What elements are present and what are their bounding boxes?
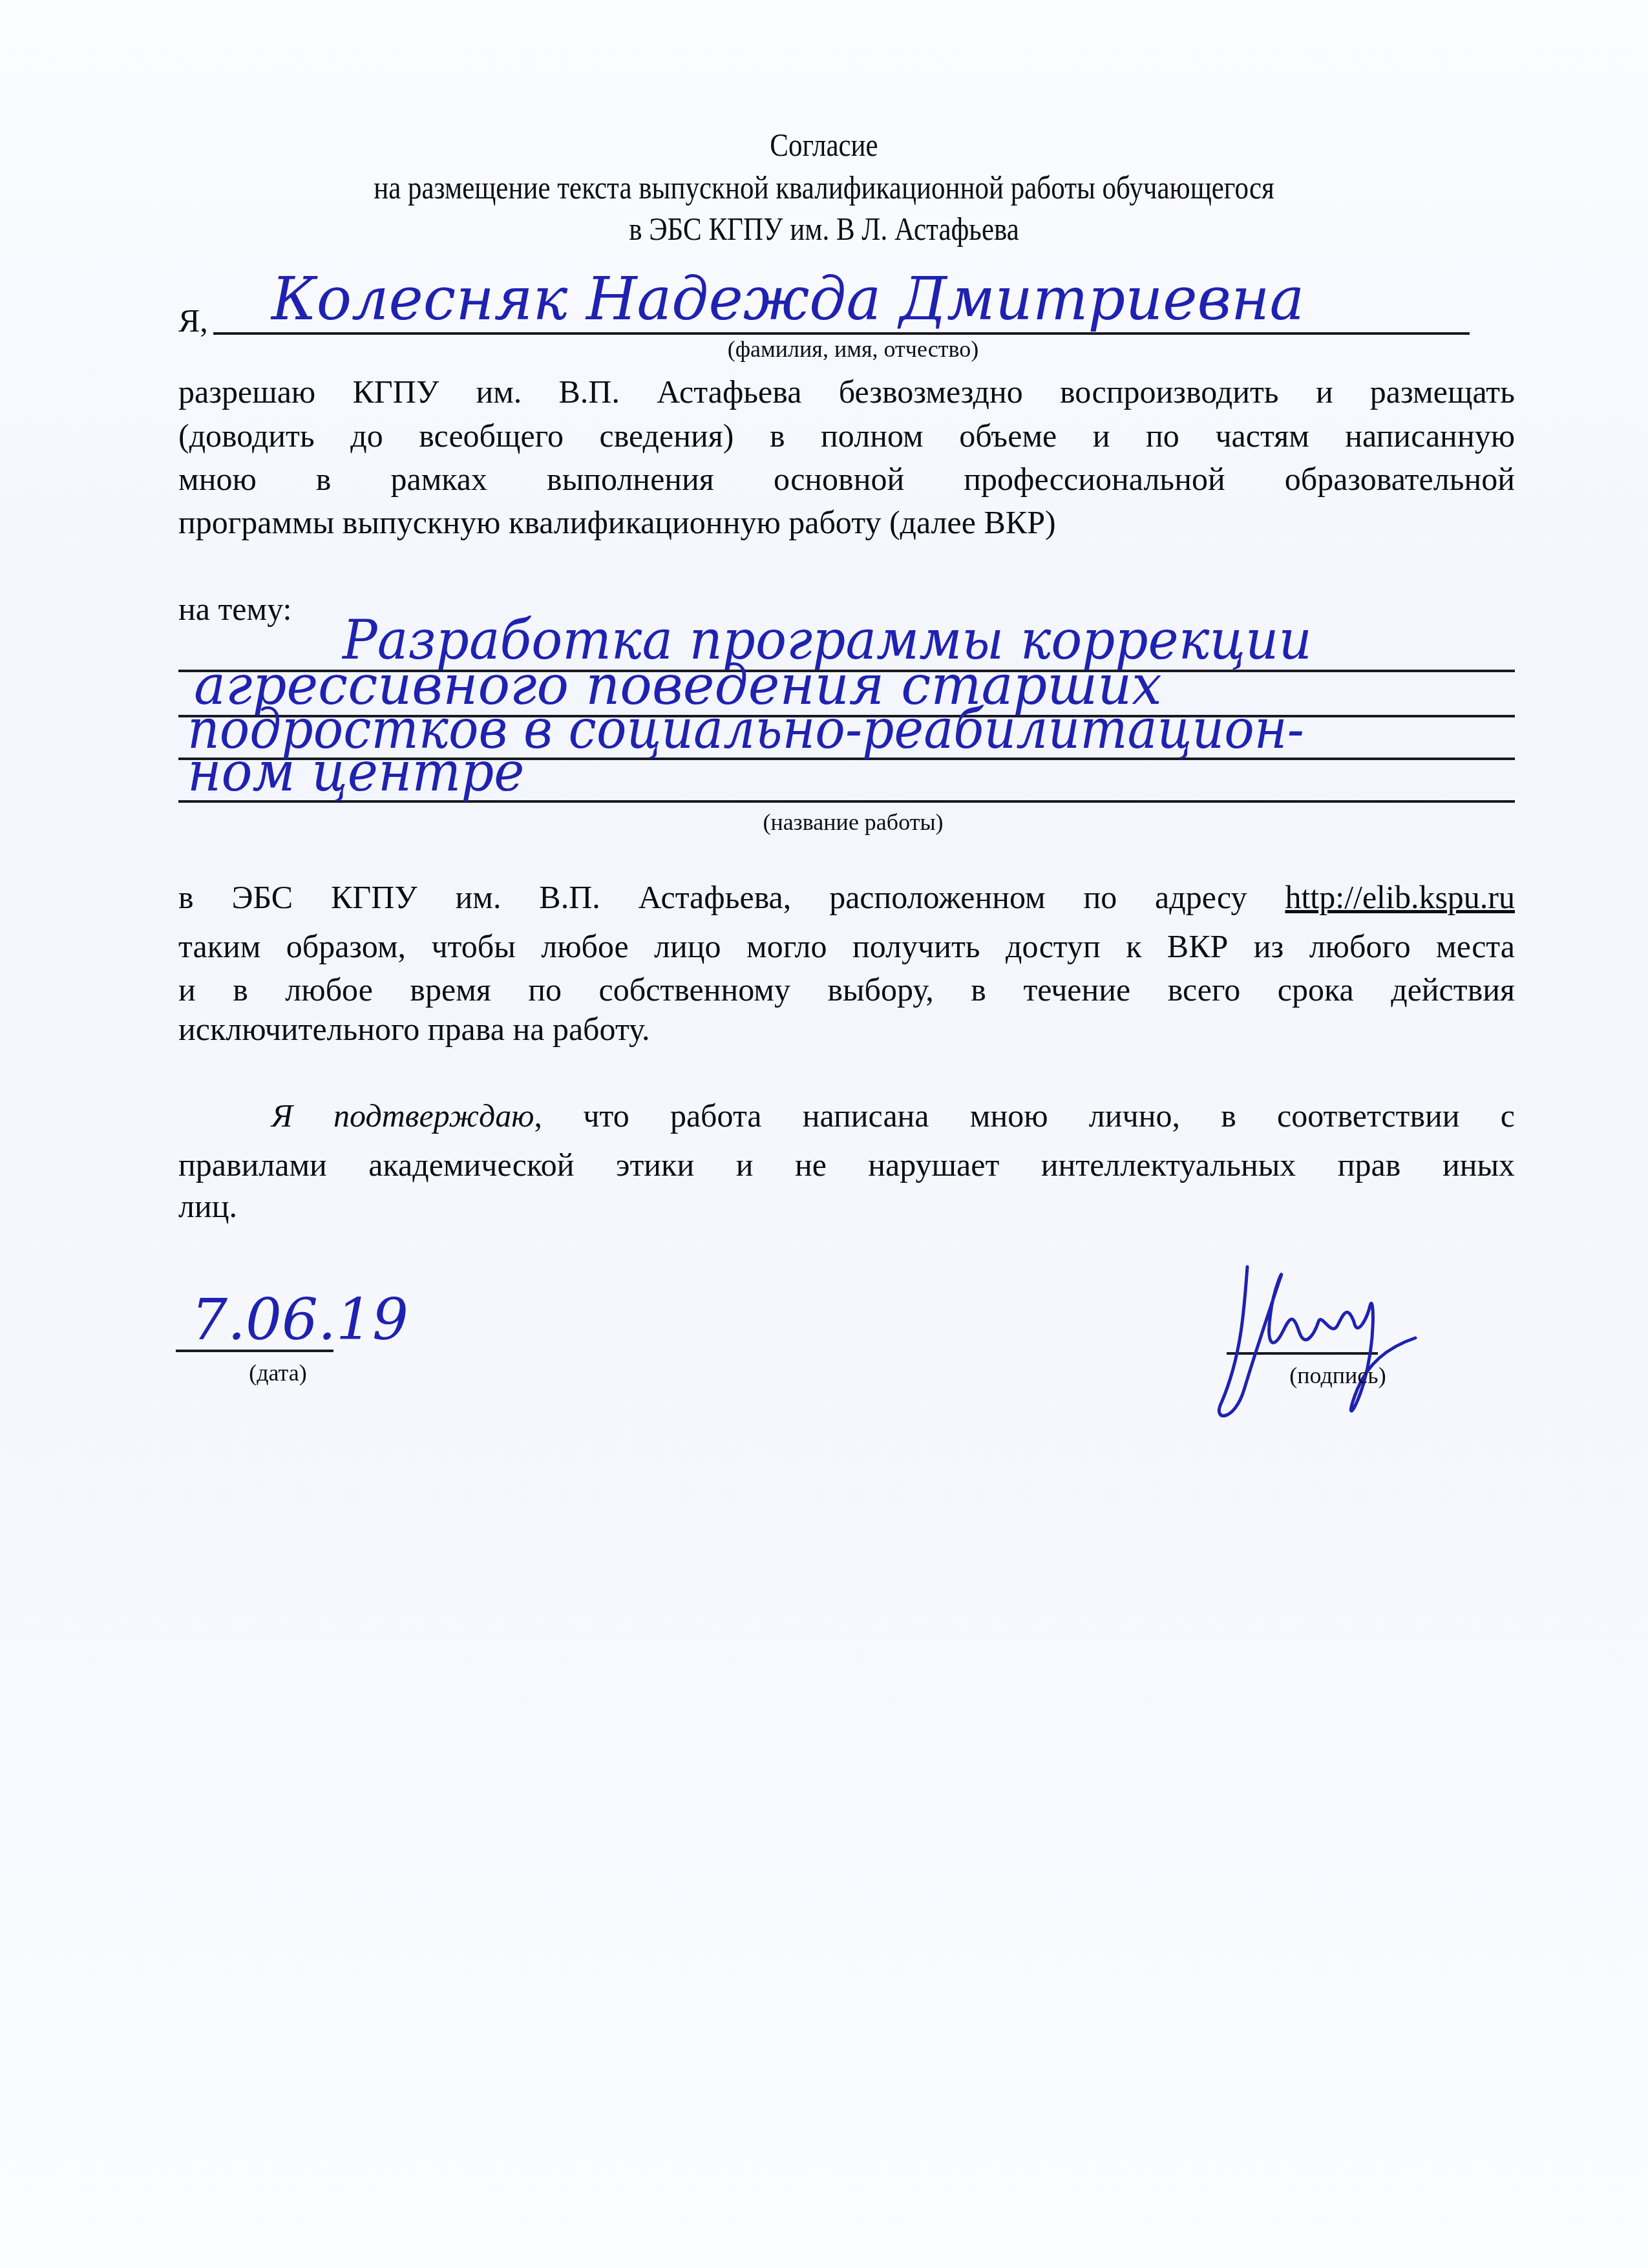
placement-line-1: в ЭБС КГПУ им. В.П. Астафьева, расположе… bbox=[178, 876, 1515, 918]
document-subtitle-line1: на размещение текста выпускной квалифика… bbox=[116, 167, 1533, 208]
confirmation-line-1-rest: , что работа написана мною лично, в соот… bbox=[534, 1097, 1515, 1134]
permission-line-1: разрешаю КГПУ им. В.П. Астафьева безвозм… bbox=[178, 371, 1515, 412]
confirmation-line-2: правилами академической этики и не наруш… bbox=[178, 1144, 1515, 1185]
placement-line-2: таким образом, чтобы любое лицо могло по… bbox=[178, 926, 1515, 967]
document-title: Согласие bbox=[116, 124, 1533, 165]
date-handwritten: 7.06.19 bbox=[191, 1288, 408, 1352]
document-page: Согласие на размещение текста выпускной … bbox=[0, 0, 1648, 2268]
topic-label: на тему: bbox=[178, 588, 291, 630]
confirmation-line-1: Я подтверждаю, что работа написана мною … bbox=[271, 1095, 1515, 1136]
signature-scribble-icon bbox=[1209, 1260, 1428, 1428]
permission-line-2: (доводить до всеобщего сведения) в полно… bbox=[178, 415, 1515, 456]
topic-handwritten-line-4: ном центре bbox=[187, 739, 525, 804]
elib-url-link[interactable]: http://elib.kspu.ru bbox=[1285, 879, 1515, 915]
placement-line-1-text: в ЭБС КГПУ им. В.П. Астафьева, расположе… bbox=[178, 879, 1247, 915]
document-subtitle-line2: в ЭБС КГПУ им. В Л. Астафьева bbox=[116, 208, 1533, 249]
permission-line-4: программы выпускную квалификационную раб… bbox=[178, 502, 1515, 543]
author-prefix: Я, bbox=[178, 300, 208, 341]
placement-line-3: и в любое время по собственному выбору, … bbox=[178, 969, 1515, 1010]
confirmation-emphasis: Я подтверждаю bbox=[271, 1097, 534, 1134]
signature-caption: (подпись) bbox=[1267, 1362, 1409, 1388]
placement-line-4: исключительного права на работу. bbox=[178, 1008, 1515, 1050]
author-name-handwritten: Колесняк Надежда Дмитриевна bbox=[271, 264, 1304, 335]
permission-line-3: мною в рамках выполнения основной профес… bbox=[178, 458, 1515, 500]
topic-caption: (название работы) bbox=[685, 809, 1021, 835]
date-caption: (дата) bbox=[213, 1360, 343, 1386]
author-name-caption: (фамилия, имя, отчество) bbox=[685, 336, 1021, 362]
confirmation-line-3: лиц. bbox=[178, 1185, 1515, 1227]
